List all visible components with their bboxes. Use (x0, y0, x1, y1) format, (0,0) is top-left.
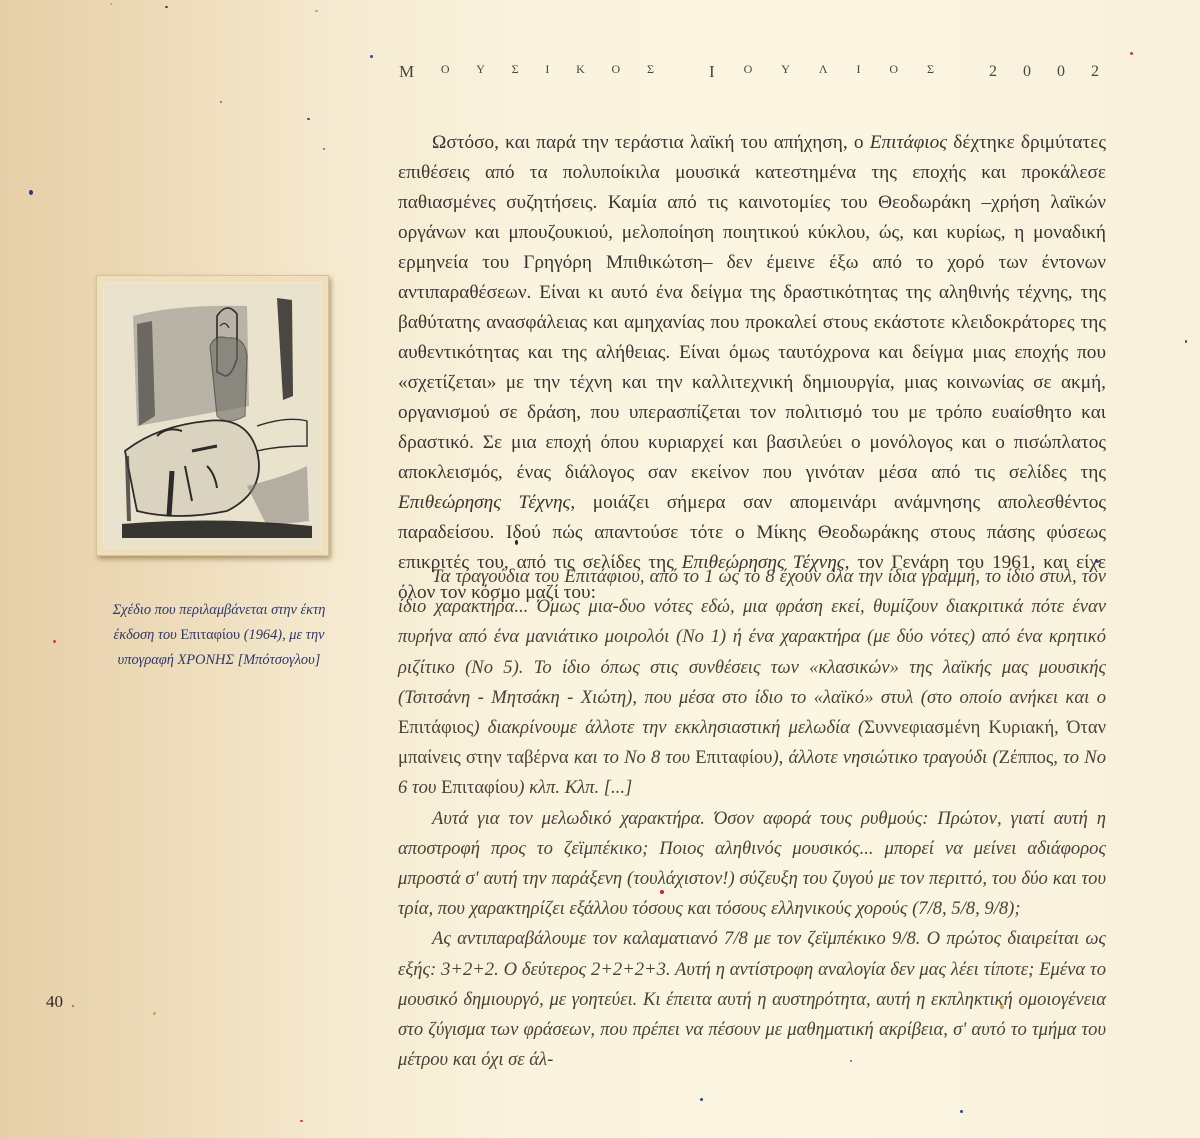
running-head: Μ Ο Υ Σ Ι Κ Ο Σ Ι Ο Υ Λ Ι Ο Σ 2 0 0 2 (399, 62, 1099, 82)
figure-caption: Σχέδιο που περιλαμβάνεται στην έκτη έκδο… (96, 598, 342, 673)
quote-paragraph-1: Τα τραγούδια του Επιτάφιου, από το 1 ώς … (398, 562, 1106, 804)
page-number: 40 (46, 992, 63, 1012)
running-head-year: 2 0 0 2 (989, 63, 1099, 81)
ink-drawing-figure (96, 275, 329, 556)
body-text: Ωστόσο, και παρά την τεράστια λαϊκή του … (398, 128, 1106, 608)
running-head-title-word-1: Μ Ο Υ Σ Ι Κ Ο Σ (399, 62, 654, 82)
running-head-title-word-2: Ι Ο Υ Λ Ι Ο Σ (709, 62, 934, 82)
block-quote: Τα τραγούδια του Επιτάφιου, από το 1 ώς … (398, 562, 1106, 1075)
body-paragraph: Ωστόσο, και παρά την τεράστια λαϊκή του … (398, 128, 1106, 608)
work-title-epitafios: Επιτάφιος (870, 132, 947, 153)
ink-sketch-image (97, 276, 328, 555)
publication-title: Επιθεώρησης Τέχνης (398, 492, 570, 513)
quote-paragraph-3: Ας αντιπαραβάλουμε τον καλαματιανό 7/8 μ… (398, 924, 1106, 1075)
quote-paragraph-2: Αυτά για τον μελωδικό χαρακτήρα. Όσον αφ… (398, 804, 1106, 925)
